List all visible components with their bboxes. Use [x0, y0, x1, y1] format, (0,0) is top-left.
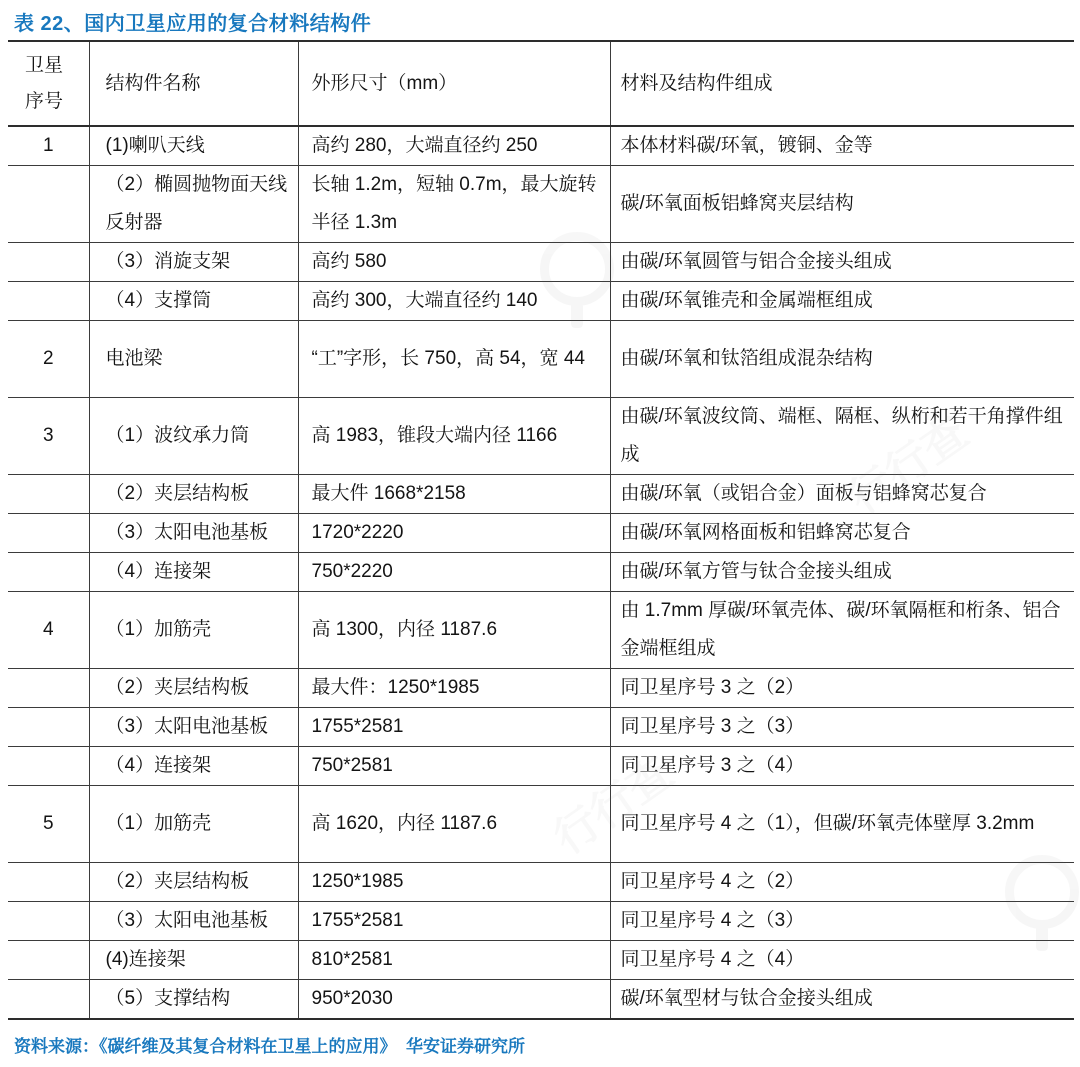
header-material: 材料及结构件组成 [610, 41, 1074, 126]
material-cell: 由碳/环氧波纹筒、端框、隔框、纵桁和若干角撑件组成 [610, 398, 1074, 475]
dimensions-cell: 最大件：1250*1985 [298, 669, 610, 708]
dimensions-cell: 高约 300，大端直径约 140 [298, 282, 610, 321]
satellite-number-cell: 5 [8, 786, 89, 863]
table-row: 1(1)喇叭天线高约 280，大端直径约 250本体材料碳/环氧，镀铜、金等 [8, 126, 1074, 166]
satellite-number-cell [8, 475, 89, 514]
table-row: 5（1）加筋壳高 1620，内径 1187.6同卫星序号 4 之（1），但碳/环… [8, 786, 1074, 863]
satellite-number-cell [8, 553, 89, 592]
material-cell: 由碳/环氧圆管与铝合金接头组成 [610, 243, 1074, 282]
table-title: 表 22、国内卫星应用的复合材料结构件 [14, 7, 371, 36]
material-cell: 由碳/环氧（或铝合金）面板与铝蜂窝芯复合 [610, 475, 1074, 514]
satellite-number-cell: 3 [8, 398, 89, 475]
material-cell: 同卫星序号 3 之（2） [610, 669, 1074, 708]
table-row: （2）夹层结构板最大件：1250*1985同卫星序号 3 之（2） [8, 669, 1074, 708]
material-cell: 由碳/环氧方管与钛合金接头组成 [610, 553, 1074, 592]
satellite-number-cell [8, 980, 89, 1020]
header-satellite-number: 卫星序号 [8, 41, 89, 126]
dimensions-cell: 1755*2581 [298, 708, 610, 747]
material-cell: 由碳/环氧和钛箔组成混杂结构 [610, 321, 1074, 398]
component-name-cell: （3）太阳电池基板 [89, 514, 298, 553]
component-name-cell: （2）夹层结构板 [89, 863, 298, 902]
dimensions-cell: 高 1300，内径 1187.6 [298, 592, 610, 669]
component-name-cell: （3）太阳电池基板 [89, 902, 298, 941]
dimensions-cell: 高 1983，锥段大端内径 1166 [298, 398, 610, 475]
table-row: （2）夹层结构板最大件 1668*2158由碳/环氧（或铝合金）面板与铝蜂窝芯复… [8, 475, 1074, 514]
component-name-cell: （4）连接架 [89, 553, 298, 592]
satellite-number-cell [8, 902, 89, 941]
header-dimensions: 外形尺寸（mm） [298, 41, 610, 126]
dimensions-cell: “工”字形，长 750，高 54，宽 44 [298, 321, 610, 398]
table-row: （3）太阳电池基板1755*2581同卫星序号 3 之（3） [8, 708, 1074, 747]
table-row: （5）支撑结构950*2030碳/环氧型材与钛合金接头组成 [8, 980, 1074, 1020]
satellite-number-cell [8, 708, 89, 747]
component-name-cell: （1）加筋壳 [89, 592, 298, 669]
dimensions-cell: 高 1620，内径 1187.6 [298, 786, 610, 863]
material-cell: 同卫星序号 4 之（3） [610, 902, 1074, 941]
material-cell: 本体材料碳/环氧，镀铜、金等 [610, 126, 1074, 166]
dimensions-cell: 最大件 1668*2158 [298, 475, 610, 514]
component-name-cell: (1)喇叭天线 [89, 126, 298, 166]
dimensions-cell: 750*2220 [298, 553, 610, 592]
table-row: （2）夹层结构板1250*1985同卫星序号 4 之（2） [8, 863, 1074, 902]
component-name-cell: (4)连接架 [89, 941, 298, 980]
component-name-cell: （2）夹层结构板 [89, 669, 298, 708]
table-row: 4（1）加筋壳高 1300，内径 1187.6由 1.7mm 厚碳/环氧壳体、碳… [8, 592, 1074, 669]
table-row: 3（1）波纹承力筒高 1983，锥段大端内径 1166由碳/环氧波纹筒、端框、隔… [8, 398, 1074, 475]
component-name-cell: （4）连接架 [89, 747, 298, 786]
dimensions-cell: 1755*2581 [298, 902, 610, 941]
component-name-cell: （2）椭圆抛物面天线反射器 [89, 166, 298, 243]
satellite-number-cell [8, 863, 89, 902]
satellite-number-cell [8, 166, 89, 243]
satellite-number-cell [8, 941, 89, 980]
material-cell: 同卫星序号 4 之（4） [610, 941, 1074, 980]
source-note: 资料来源：《碳纤维及其复合材料在卫星上的应用》 华安证券研究所 [14, 1032, 525, 1057]
satellite-number-cell [8, 282, 89, 321]
material-cell: 碳/环氧面板铝蜂窝夹层结构 [610, 166, 1074, 243]
satellite-number-cell: 1 [8, 126, 89, 166]
component-name-cell: （3）太阳电池基板 [89, 708, 298, 747]
dimensions-cell: 950*2030 [298, 980, 610, 1020]
table-row: （4）支撑筒高约 300，大端直径约 140由碳/环氧锥壳和金属端框组成 [8, 282, 1074, 321]
table-row: （4）连接架750*2581同卫星序号 3 之（4） [8, 747, 1074, 786]
dimensions-cell: 1250*1985 [298, 863, 610, 902]
table-row: （3）太阳电池基板1720*2220由碳/环氧网格面板和铝蜂窝芯复合 [8, 514, 1074, 553]
satellite-number-cell: 2 [8, 321, 89, 398]
material-cell: 同卫星序号 4 之（2） [610, 863, 1074, 902]
dimensions-cell: 高约 280，大端直径约 250 [298, 126, 610, 166]
component-name-cell: （2）夹层结构板 [89, 475, 298, 514]
material-cell: 由碳/环氧锥壳和金属端框组成 [610, 282, 1074, 321]
material-cell: 碳/环氧型材与钛合金接头组成 [610, 980, 1074, 1020]
dimensions-cell: 1720*2220 [298, 514, 610, 553]
table-row: （4）连接架750*2220由碳/环氧方管与钛合金接头组成 [8, 553, 1074, 592]
component-name-cell: （3）消旋支架 [89, 243, 298, 282]
table-row: （2）椭圆抛物面天线反射器长轴 1.2m，短轴 0.7m，最大旋转半径 1.3m… [8, 166, 1074, 243]
component-name-cell: （1）波纹承力筒 [89, 398, 298, 475]
table-row: (4)连接架810*2581同卫星序号 4 之（4） [8, 941, 1074, 980]
header-row: 卫星序号 结构件名称 外形尺寸（mm） 材料及结构件组成 [8, 41, 1074, 126]
component-name-cell: （5）支撑结构 [89, 980, 298, 1020]
material-cell: 同卫星序号 3 之（4） [610, 747, 1074, 786]
dimensions-cell: 750*2581 [298, 747, 610, 786]
component-name-cell: （1）加筋壳 [89, 786, 298, 863]
satellite-number-cell [8, 514, 89, 553]
satellite-number-cell: 4 [8, 592, 89, 669]
component-name-cell: 电池梁 [89, 321, 298, 398]
table-row: 2电池梁“工”字形，长 750，高 54，宽 44由碳/环氧和钛箔组成混杂结构 [8, 321, 1074, 398]
material-cell: 由碳/环氧网格面板和铝蜂窝芯复合 [610, 514, 1074, 553]
satellite-number-cell [8, 243, 89, 282]
satellite-number-cell [8, 669, 89, 708]
component-name-cell: （4）支撑筒 [89, 282, 298, 321]
dimensions-cell: 高约 580 [298, 243, 610, 282]
material-cell: 由 1.7mm 厚碳/环氧壳体、碳/环氧隔框和桁条、铝合金端框组成 [610, 592, 1074, 669]
material-cell: 同卫星序号 4 之（1），但碳/环氧壳体壁厚 3.2mm [610, 786, 1074, 863]
dimensions-cell: 长轴 1.2m，短轴 0.7m，最大旋转半径 1.3m [298, 166, 610, 243]
satellite-number-cell [8, 747, 89, 786]
material-cell: 同卫星序号 3 之（3） [610, 708, 1074, 747]
header-component-name: 结构件名称 [89, 41, 298, 126]
dimensions-cell: 810*2581 [298, 941, 610, 980]
satellite-composites-table: 卫星序号 结构件名称 外形尺寸（mm） 材料及结构件组成 1(1)喇叭天线高约 … [8, 40, 1074, 1020]
table-row: （3）消旋支架高约 580由碳/环氧圆管与铝合金接头组成 [8, 243, 1074, 282]
table-row: （3）太阳电池基板1755*2581同卫星序号 4 之（3） [8, 902, 1074, 941]
